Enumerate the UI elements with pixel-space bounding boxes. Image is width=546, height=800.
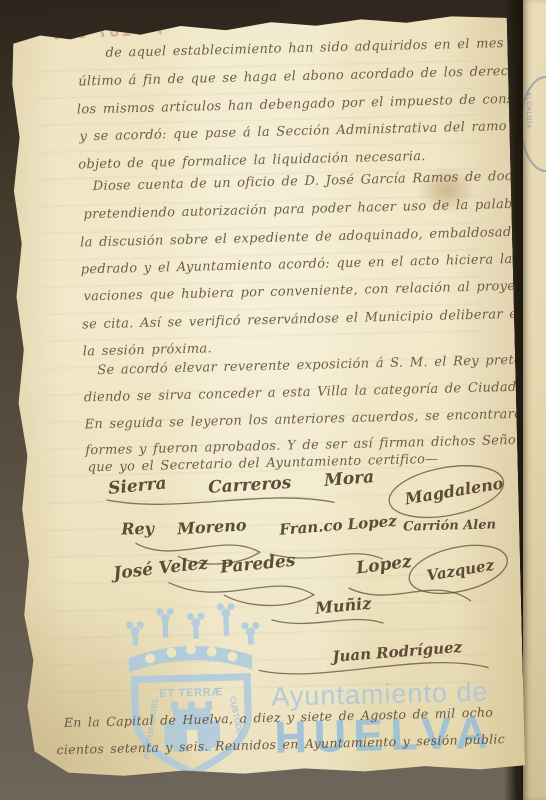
signature: Mora	[323, 467, 375, 491]
manuscript-line: y se acordó: que pase á la Sección Admin…	[79, 118, 546, 145]
signature: Paredes	[219, 551, 296, 578]
signature: Vazquez	[425, 556, 495, 585]
signature: Muñiz	[314, 594, 372, 618]
manuscript-line: diendo se sirva conceder a esta Villa la…	[84, 380, 521, 406]
manuscript-line: último á fin de que se haga el abono aco…	[78, 63, 546, 90]
manuscript-line: Diose cuenta de un oficio de D. José Gar…	[93, 167, 546, 194]
bleedthrough-number-stamp: 7 0187 580	[49, 19, 165, 45]
signature: Fran.co Lopez	[279, 512, 398, 539]
manuscript-line: pedrado y el Ayuntamiento acordó: que en…	[81, 251, 546, 278]
manuscript-line: los mismos artículos han debengado por e…	[77, 91, 546, 118]
crown-trefoils	[126, 602, 260, 647]
manuscript-page: 7 0187 580	[5, 12, 525, 782]
signature: Carrión Alen	[403, 517, 496, 534]
stamp-label: ALCALDÍA	[525, 92, 531, 129]
signature: Lopez	[355, 552, 413, 579]
signature: Carreros	[208, 473, 292, 498]
manuscript-line: En seguida se leyeron los anteriores acu…	[84, 406, 546, 433]
official-round-stamp: ALCALDÍA	[523, 76, 546, 172]
manuscript-line: de aquel establecimiento han sido adquir…	[105, 35, 546, 61]
manuscript-line: se cita. Así se verificó reservándose el…	[82, 307, 526, 333]
signature: Sierra	[107, 473, 167, 498]
closing-paragraph: En la Capital de Huelva, a diez y siete …	[5, 12, 507, 24]
shield-motto-top: ET TERRÆ	[159, 686, 223, 700]
manuscript-line: objeto de que formalice la liquidación n…	[78, 149, 426, 172]
manuscript-line: la discusión sobre el expediente de adoq…	[80, 224, 546, 251]
manuscript-body: de aquel establecimiento han sido adquir…	[5, 12, 507, 24]
signature: Rey	[121, 519, 154, 539]
signature: José Velez	[112, 553, 209, 583]
signature: Moreno	[177, 515, 247, 538]
signature-block: Sierra Carreros Mora Magdaleno Rey Moren…	[5, 12, 507, 24]
manuscript-line: pretendiendo autorización para poder hac…	[83, 196, 546, 222]
signature: Magdaleno	[403, 473, 504, 508]
manuscript-line: la sesión próxima.	[83, 341, 212, 359]
adjacent-page-edge: ALCALDÍA	[523, 0, 546, 800]
signature: Juan Rodríguez	[332, 638, 463, 666]
photograph-backdrop: ALCALDÍA 7 0187 580	[0, 0, 546, 800]
manuscript-line: vaciones que hubiera por conveniente, co…	[83, 278, 546, 305]
